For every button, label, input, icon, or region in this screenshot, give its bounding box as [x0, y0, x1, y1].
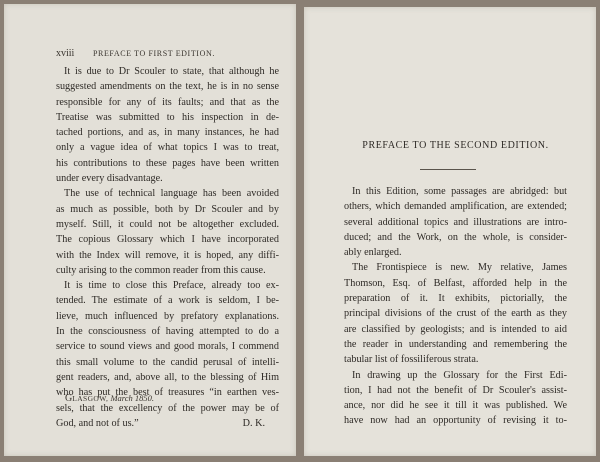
closing-quote: God, and not of us.”: [56, 416, 139, 431]
text-line: In the consciousness of having attempted…: [56, 324, 279, 339]
text-line: tached portions, and as, in many instanc…: [56, 125, 279, 140]
dateline-date: March 1850.: [110, 393, 154, 403]
text-line: only a vague idea of what topics I was t…: [56, 140, 279, 155]
text-line: principal divisions of the crust of the …: [344, 306, 567, 321]
text-line: In drawing up the Glossary for the First…: [344, 368, 567, 383]
text-line: lieve, much influenced by prefatory expl…: [56, 309, 279, 324]
dateline: GLASGOW, March 1850.: [65, 393, 154, 404]
page-number: xviii: [56, 48, 74, 59]
signoff-line: God, and not of us.” D. K.: [56, 416, 279, 431]
title-divider: [420, 169, 476, 170]
text-line: this small volume to the candid perusal …: [56, 355, 279, 370]
text-line: have now had an opportunity of revising …: [344, 413, 567, 428]
right-page-body: In this Edition, some passages are abrid…: [344, 184, 567, 429]
text-line: Thomson, Esq. of Belfast, afforded help …: [344, 276, 567, 291]
text-line: suggested amendments on the text, he is …: [56, 79, 279, 94]
running-head: xviii PREFACE TO FIRST EDITION.: [56, 48, 215, 59]
left-page-body: It is due to Dr Scouler to state, that a…: [56, 64, 279, 431]
text-line: It is due to Dr Scouler to state, that a…: [56, 64, 279, 79]
text-line: culty arising to the common reader from …: [56, 263, 279, 278]
running-head-title: PREFACE TO FIRST EDITION.: [93, 49, 215, 58]
text-line: gent readers, and, above all, to the ble…: [56, 370, 279, 385]
text-line: tion, I had not the benefit of Dr Scoule…: [344, 383, 567, 398]
text-line: The Frontispiece is new. My relative, Ja…: [344, 260, 567, 275]
page-title: PREFACE TO THE SECOND EDITION.: [344, 140, 567, 151]
text-line: myself. Still, it could not be altogethe…: [56, 217, 279, 232]
text-line: ance, nor did he see it till it was publ…: [344, 398, 567, 413]
text-line: tabular list of fossiliferous strata.: [344, 352, 567, 367]
text-line: The copious Glossary which I have incorp…: [56, 232, 279, 247]
text-line: service to sound views and good morals, …: [56, 339, 279, 354]
text-line: with the Index will remove, it is hoped,…: [56, 248, 279, 263]
text-line: are classified by geologists; and is int…: [344, 322, 567, 337]
text-line: tended. The estimate of a work is seldom…: [56, 293, 279, 308]
text-line: the reader in understanding and remember…: [344, 337, 567, 352]
text-line: preparation of it. It exhibits, pictoria…: [344, 291, 567, 306]
text-line: others, which demanded amplification, ar…: [344, 199, 567, 214]
text-line: duced; and the Work, on the whole, is co…: [344, 230, 567, 245]
text-line: his contributions to these pages have be…: [56, 156, 279, 171]
dateline-place: LASGOW,: [72, 394, 108, 403]
text-line: Treatise was submitted to his inspection…: [56, 110, 279, 125]
text-line: It is time to close this Preface, alread…: [56, 278, 279, 293]
text-line: several additional topics and illustrati…: [344, 215, 567, 230]
text-line: as much as possible, both by Dr Scouler …: [56, 202, 279, 217]
text-line: In this Edition, some passages are abrid…: [344, 184, 567, 199]
text-line: responsible for any of its faults; and t…: [56, 95, 279, 110]
text-line: ably enlarged.: [344, 245, 567, 260]
text-line: The use of technical language has been a…: [56, 186, 279, 201]
signature: D. K.: [243, 416, 279, 431]
text-line: under every disadvantage.: [56, 171, 279, 186]
